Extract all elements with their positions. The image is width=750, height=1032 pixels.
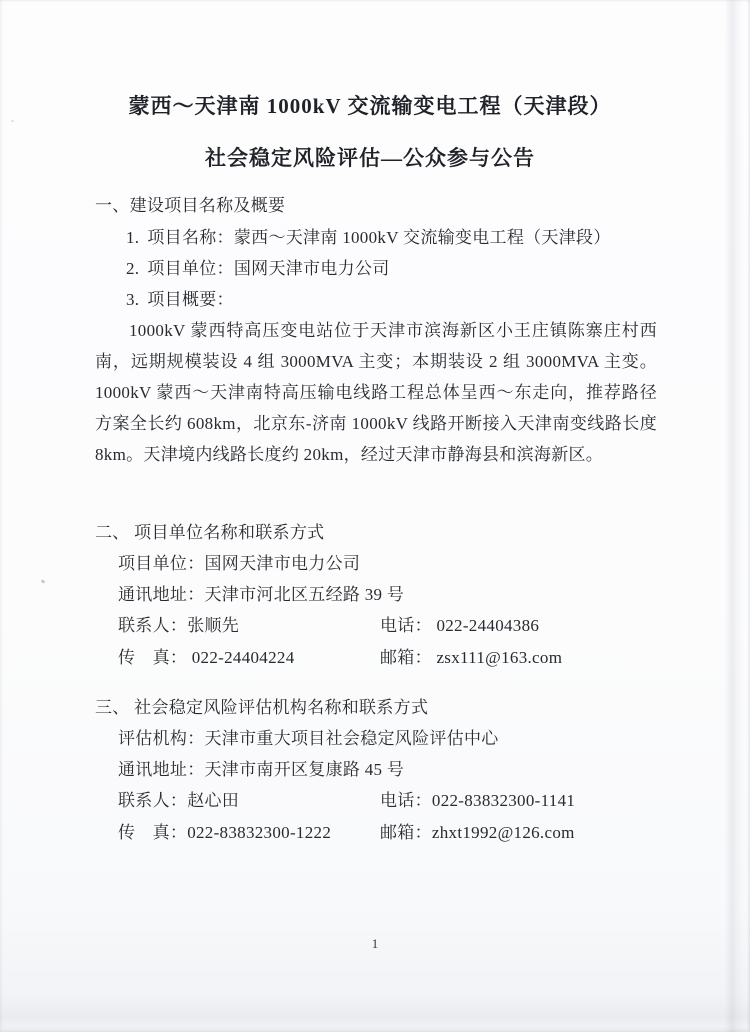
item-text: 项目单位：国网天津市电力公司 <box>147 259 389 278</box>
section-1-item-2: 2.项目单位：国网天津市电力公司 <box>126 253 655 284</box>
item-number: 2. <box>126 253 139 284</box>
section-1-item-1: 1.项目名称：蒙西～天津南 1000kV 交流输变电工程（天津段） <box>126 222 655 253</box>
contact-email: 邮箱： zsx111@163.com <box>380 642 670 673</box>
section-3-address-line: 通讯地址：天津市南开区复康路 45 号 <box>118 754 655 785</box>
contact-person: 联系人：赵心田 <box>118 785 380 816</box>
document-subtitle: 社会稳定风险评估—公众参与公告 <box>60 144 680 172</box>
scanned-document-page: 蒙西～天津南 1000kV 交流输变电工程（天津段） 社会稳定风险评估—公众参与… <box>0 0 750 1032</box>
item-number: 3. <box>126 284 139 315</box>
contact-fax: 传 真： 022-24404224 <box>118 642 380 673</box>
section-2-project-unit-line: 项目单位：国网天津市电力公司 <box>118 548 655 579</box>
section-2-heading: 二、 项目单位名称和联系方式 <box>95 517 655 548</box>
section-2-address-line: 通讯地址：天津市河北区五经路 39 号 <box>118 579 655 610</box>
item-text: 项目名称：蒙西～天津南 1000kV 交流输变电工程（天津段） <box>147 228 610 247</box>
page-number: 1 <box>0 936 750 952</box>
section-1-heading: 一、建设项目名称及概要 <box>95 190 655 221</box>
section-3-contact-row-2: 传 真：022-83832300-1222 邮箱：zhxt1992@126.co… <box>118 817 670 848</box>
contact-fax: 传 真：022-83832300-1222 <box>118 817 380 848</box>
contact-phone: 电话： 022-24404386 <box>380 610 670 641</box>
section-3-agency-line: 评估机构：天津市重大项目社会稳定风险评估中心 <box>118 723 655 754</box>
project-summary-paragraph: 1000kV 蒙西特高压变电站位于天津市滨海新区小王庄镇陈寨庄村西南，远期规模装… <box>95 315 657 470</box>
section-2-contact-row-1: 联系人：张顺先 电话： 022-24404386 <box>118 610 670 641</box>
scan-speck <box>11 120 14 122</box>
item-number: 1. <box>126 222 139 253</box>
section-2-contact-row-2: 传 真： 022-24404224 邮箱： zsx111@163.com <box>118 642 670 673</box>
section-3-heading: 三、 社会稳定风险评估机构名称和联系方式 <box>95 692 655 723</box>
contact-person: 联系人：张顺先 <box>118 610 380 641</box>
scan-speck <box>41 579 46 584</box>
section-3-contact-row-1: 联系人：赵心田 电话：022-83832300-1141 <box>118 785 670 816</box>
section-1-item-3: 3.项目概要： <box>126 284 655 315</box>
document-title: 蒙西～天津南 1000kV 交流输变电工程（天津段） <box>60 92 680 120</box>
contact-email: 邮箱：zhxt1992@126.com <box>380 817 670 848</box>
contact-phone: 电话：022-83832300-1141 <box>380 785 670 816</box>
item-text: 项目概要： <box>147 290 234 309</box>
